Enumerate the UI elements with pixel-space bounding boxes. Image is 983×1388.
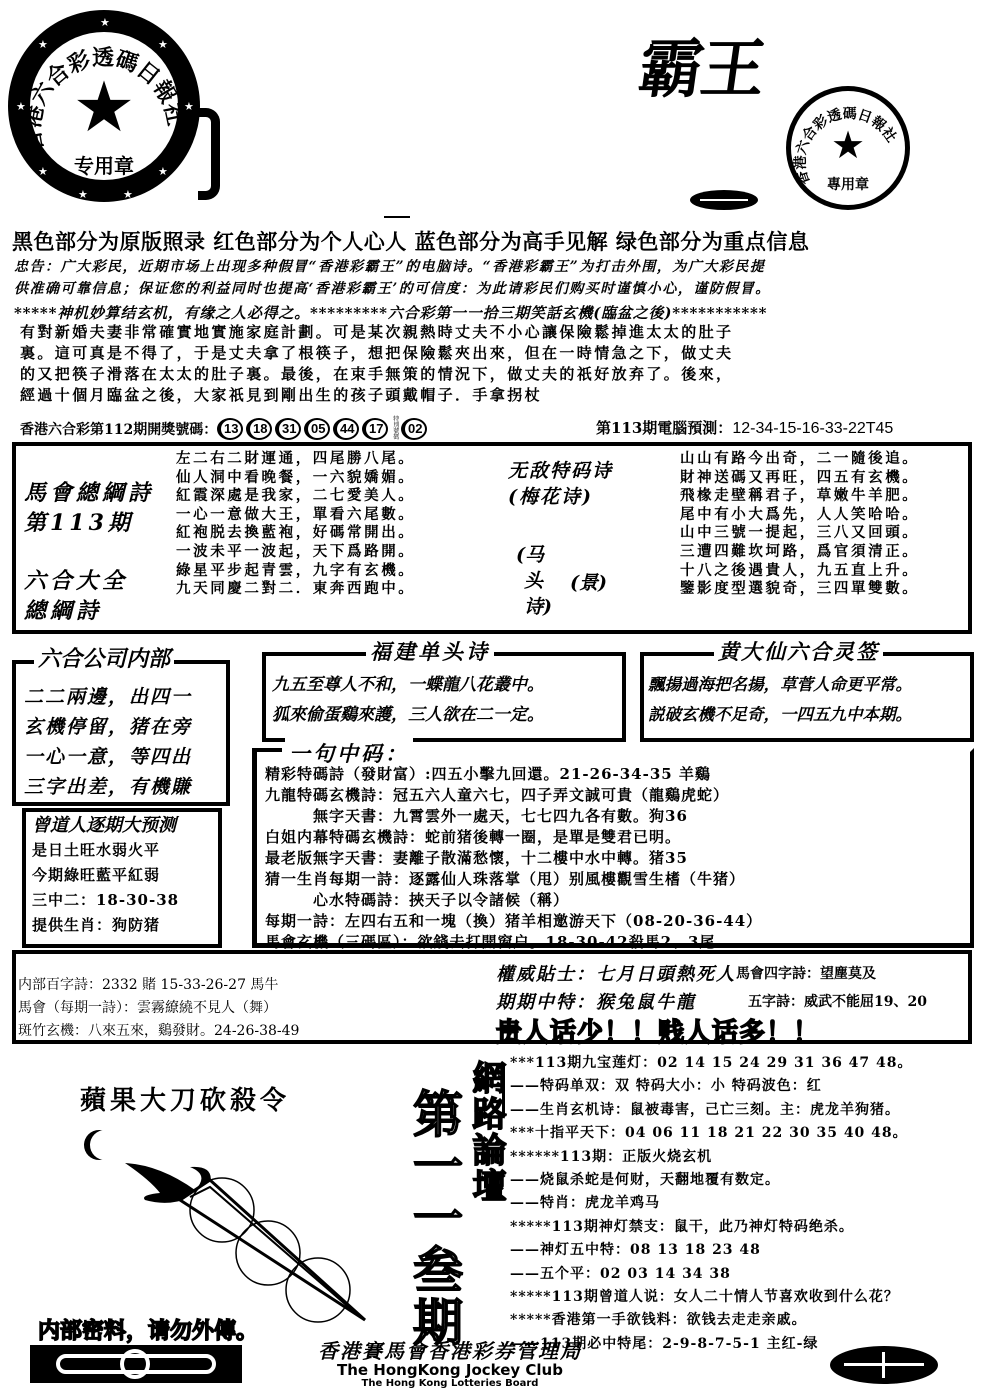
- forum-line: ***113期九宝莲灯：02 14 15 24 29 31 36 47 48。: [510, 1052, 913, 1075]
- forum-line: ——特码单双：双 特码大小：小 特码波色：红: [510, 1075, 913, 1098]
- poem-box: 馬會總綱詩 第113期 六合大全 總綱詩 左二右二財運通，四尾勝八尾。 仙人洞中…: [12, 442, 972, 634]
- notice-line-1: 忠告：广大彩民，近期市场上出现多种假冒“香港彩霸王”的电脑诗。“香港彩霸王”为打…: [14, 256, 974, 276]
- dagger-graphic: [120, 1155, 380, 1325]
- forum-line: *****香港第一手欲钱料：欲钱去走走亲戚。: [510, 1309, 913, 1332]
- vertical-forum: 網路論壇: [466, 1060, 506, 1204]
- joke-line: 有對新婚夫妻非常確實地實施家庭計劃。可是某次親熱時丈夫不小心讓保險鬆掉進太太的肚…: [20, 322, 970, 343]
- draw-label: 香港六合彩第112期開獎號碼：: [20, 419, 217, 439]
- stamp-right-label: 專用章: [786, 174, 910, 194]
- forum-line: ——神灯五中特：08 13 18 23 48: [510, 1239, 913, 1262]
- four-char-poem: 馬會四字詩：望塵莫及: [736, 963, 876, 983]
- special-number-marker: 特別號碼: [393, 417, 399, 441]
- moon-icon: [90, 1130, 120, 1160]
- forum-line: *****113期神灯禁支：鼠干，此乃神灯特码绝杀。: [510, 1216, 913, 1239]
- computer-prediction: 第113期電腦預測：12-34-15-16-33-22T45: [596, 417, 893, 438]
- star-icon: ★: [828, 126, 868, 164]
- notice-line-2: 供准确可靠信息；保证您的利益同时也提高‘香港彩霸王’的可信度：为此请彩民们购买时…: [14, 278, 974, 298]
- company-internal-title: 六合公司内部: [34, 642, 174, 673]
- draw-ball: 44: [333, 418, 359, 440]
- stamp-left-label: 专用章: [8, 150, 200, 179]
- joke-body: 有對新婚夫妻非常確實地實施家庭計劃。可是某次親熱時丈夫不小心讓保險鬆掉進太太的肚…: [20, 322, 970, 406]
- logo-title: 霸王: [634, 18, 771, 110]
- svg-text:★: ★: [38, 38, 48, 51]
- footer-emblem-left: [30, 1345, 242, 1383]
- forum-list: ***113期九宝莲灯：02 14 15 24 29 31 36 47 48。 …: [510, 1052, 913, 1356]
- color-legend: 黑色部分为原版照录 红色部分为个人心人 蓝色部分为高手见解 绿色部分为重点信息: [12, 226, 809, 256]
- joke-line: 裏。這可真是不得了，于是丈夫拿了根筷子，想把保險鬆夾出來，但在一時情急之下，做丈…: [20, 343, 970, 364]
- draw-ball: 17: [362, 418, 388, 440]
- forum-line: ***十指平天下：04 06 11 18 21 22 30 35 40 48。: [510, 1122, 913, 1145]
- org-name-cn: 香港賽馬會香港彩券管理局: [280, 1340, 620, 1362]
- left-poem: 左二右二財運通，四尾勝八尾。 仙人洞中看晚餐，一六貌嬌媚。 紅霞深處是我家，二七…: [176, 450, 415, 599]
- kill-order-title: 蘋果大刀砍殺令: [80, 1080, 290, 1117]
- period-special: 期期中特：猴兔鼠牛龍: [496, 988, 696, 1014]
- bottom-info-box: 内部百字詩：2332 賭 15-33-26-27 馬牛 馬會（每期一詩）：雲霧繚…: [12, 950, 972, 1044]
- slogan: 贵人话少！！贱人话多！！: [496, 1012, 820, 1049]
- footer-org: 香港賽馬會香港彩券管理局 The HongKong Jockey Club Th…: [280, 1340, 620, 1388]
- svg-text:★: ★: [16, 100, 26, 113]
- mid-note-scene: (景): [570, 568, 607, 595]
- company-internal-box: 六合公司内部 二二兩邊，出四一 玄機停留，猪在旁 一心一意，等四出 三字出差，有…: [12, 660, 230, 806]
- footer-emblem-right: [830, 1346, 938, 1384]
- taoist-prediction-box: 曾道人逐期大预测 是日土旺水弱火平 今期綠旺藍平紅弱 三中二：18-30-38 …: [22, 808, 222, 948]
- joke-line: 經過十個月臨盆之後，大家祇見到剛出生的孩子頭戴帽子．手拿拐杖: [20, 385, 970, 406]
- svg-text:★: ★: [158, 38, 168, 51]
- org-name-en-2: The Hong Kong Lotteries Board: [280, 1378, 620, 1388]
- decorative-hook: [198, 108, 220, 200]
- forum-line: ——烧鼠杀蛇是何财，天翻地覆有数定。: [510, 1169, 913, 1192]
- draw-ball: 05: [304, 418, 330, 440]
- draw-ball: 31: [275, 418, 301, 440]
- vertical-issue: 第一一叁期: [404, 1088, 464, 1348]
- prediction-label: 第113期電腦預測：: [596, 419, 732, 437]
- forum-line: ******113期：正版火烧玄机: [510, 1146, 913, 1169]
- svg-text:★: ★: [78, 188, 88, 201]
- forum-line: ——五个平：02 03 14 34 38: [510, 1263, 913, 1286]
- secret-note: 内部密料，请勿外傳。: [38, 1314, 258, 1345]
- five-char-poem: 五字詩：威武不能屈19、20: [748, 991, 927, 1011]
- wong-tai-sin-title: 黄大仙六合灵签: [714, 636, 883, 666]
- wong-tai-sin-box: 黄大仙六合灵签 飄揚過海把名揚，草菅人命更平常。 説破玄機不足奇，一四五九中本期…: [640, 652, 974, 742]
- prediction-value: 12-34-15-16-33-22T45: [732, 420, 893, 437]
- mid-title: 无敌特码诗 (梅花诗): [508, 458, 613, 510]
- forum-line: *****113期曾道人说：女人二十情人节喜欢收到什么花？: [510, 1286, 913, 1309]
- forum-line: ——特肖：虎龙羊鸡马: [510, 1192, 913, 1215]
- one-phrase-box: 一句中码： 精彩特碼詩（發財富）:四五小擊九回還。21-26-34-35 羊鷄 …: [252, 748, 974, 948]
- draw-ball: 18: [246, 418, 272, 440]
- svg-text:★: ★: [184, 100, 194, 113]
- taoist-prediction-title: 曾道人逐期大预测: [32, 814, 179, 838]
- poem-left-title: 馬會總綱詩 第113期 六合大全 總綱詩: [24, 478, 154, 626]
- draw-ball: 13: [217, 418, 243, 440]
- divider-dash: [384, 216, 410, 218]
- vertical-divider: [502, 1064, 505, 1114]
- svg-text:★: ★: [100, 16, 110, 29]
- svg-text:★: ★: [123, 188, 133, 201]
- star-icon: ★: [68, 72, 140, 142]
- mid-note: (马 头 诗): [516, 542, 552, 620]
- stamp-right: 香港六合彩透碼日報社 ★ 專用章: [786, 86, 910, 210]
- org-name-en-1: The HongKong Jockey Club: [280, 1362, 620, 1378]
- special-ball: 02: [401, 418, 427, 440]
- jockey-club-emblem-small: [690, 190, 758, 210]
- forum-line: ——生肖玄机诗：鼠被毒害，己亡三刻。主：虎龙羊狗猪。: [510, 1099, 913, 1122]
- fujian-poem-title: 福建单头诗: [366, 636, 494, 666]
- fujian-poem-box: 福建单头诗 九五至尊人不和，一蝶龍八花叢中。 狐來偷蛋鷄來護，三人欲在二一定。: [262, 652, 626, 742]
- riddle-header: *****神机妙算结玄机，有缘之人必得之。*********六合彩第一一拾三期笑…: [14, 302, 974, 323]
- authority-tip: 權威貼士：七月日頭熱死人: [496, 960, 736, 986]
- right-poem: 山山有路今出奇，二一隨後追。 財神送碼又再旺，四五有玄機。 飛椽走壁稱君子，草嫩…: [680, 450, 919, 599]
- stamp-left: 香港六合彩透碼日報社 ★★★ ★★★ ★★★ ★ 专用章: [8, 10, 200, 202]
- joke-line: 的又把筷子滑落在太太的肚子裏。最後，在束手無策的情況下，做丈夫的祇好放弃了。後來…: [20, 364, 970, 385]
